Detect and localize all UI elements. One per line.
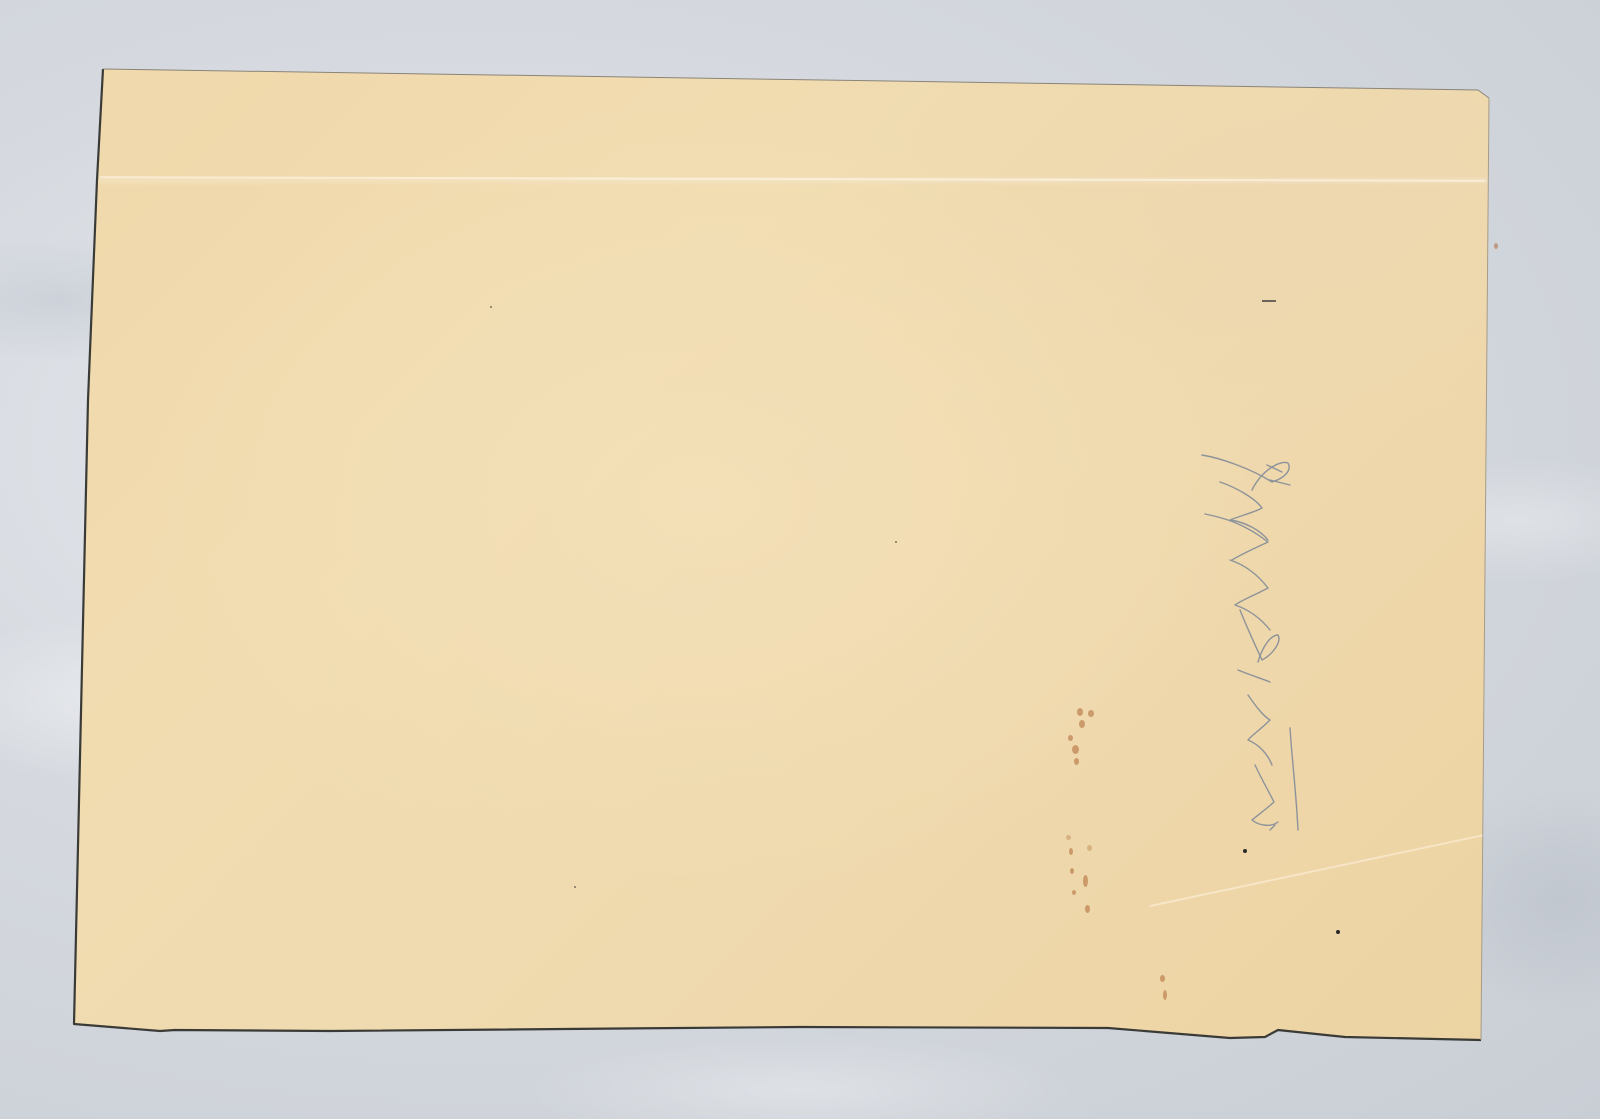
ink-speck	[490, 306, 492, 308]
pencil-handwriting: Hochstuhl	[1200, 430, 1300, 850]
ink-speck	[574, 886, 576, 888]
rust-spot	[1494, 243, 1498, 249]
ink-speck	[895, 541, 897, 543]
pencil-tick-mark	[1262, 300, 1276, 302]
paper-sheet: Hochstuhl	[0, 0, 1600, 1119]
handwriting-strokes	[1200, 430, 1300, 850]
ink-speck	[1336, 930, 1340, 934]
paper-surface	[0, 0, 1600, 1119]
